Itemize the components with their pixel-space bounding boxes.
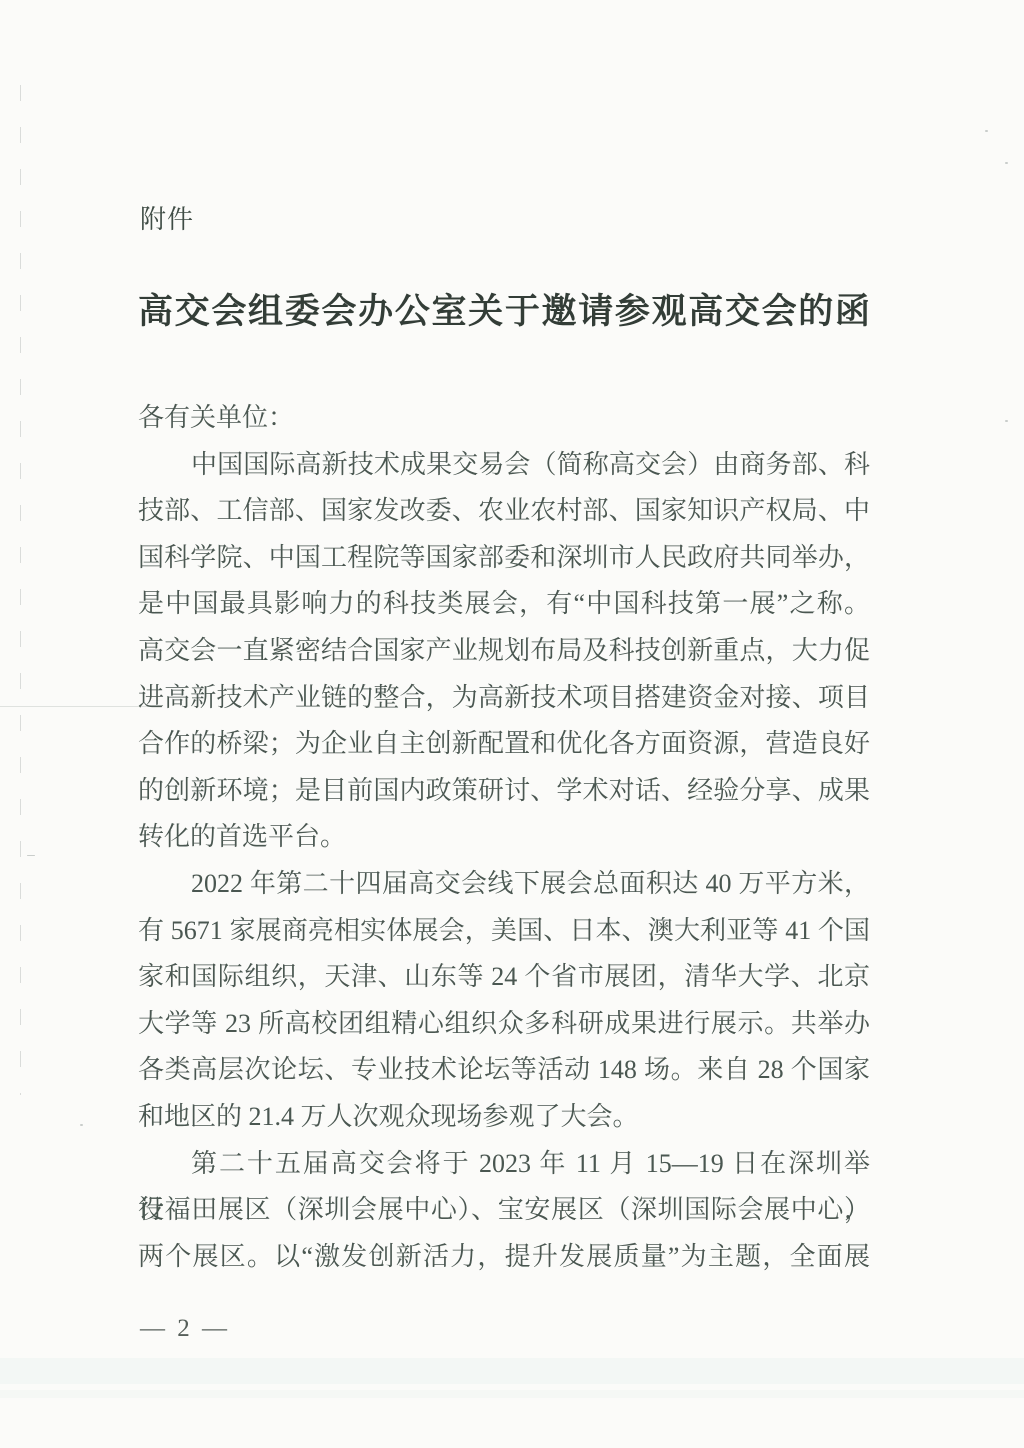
body-line: 有 5671 家展商亮相实体展会，美国、日本、澳大利亚等 41 个国: [138, 908, 870, 955]
document-body: 各有关单位： 中国国际高新技术成果交易会（简称高交会）由商务部、科 技部、工信部…: [138, 395, 870, 1280]
body-line: 和地区的 21.4 万人次观众现场参观了大会。: [138, 1094, 870, 1141]
body-line: 转化的首选平台。: [138, 814, 870, 861]
scan-artifact-speck: [1005, 420, 1008, 422]
scan-artifact-speck: [1005, 162, 1008, 164]
body-line: 第二十五届高交会将于 2023 年 11 月 15—19 日在深圳举行，: [138, 1141, 870, 1188]
body-line: 两个展区。以“激发创新活力，提升发展质量”为主题，全面展: [138, 1234, 870, 1281]
body-line: 家和国际组织，天津、山东等 24 个省市展团，清华大学、北京: [138, 954, 870, 1001]
scan-artifact-speck: [27, 855, 35, 856]
body-line: 技部、工信部、国家发改委、农业农村部、国家知识产权局、中: [138, 488, 870, 535]
body-line: 高交会一直紧密结合国家产业规划布局及科技创新重点，大力促: [138, 628, 870, 675]
scanned-document-page: 附件 高交会组委会办公室关于邀请参观高交会的函 各有关单位： 中国国际高新技术成…: [0, 0, 1024, 1448]
scan-artifact-speck: [985, 130, 988, 132]
body-line: 的创新环境；是目前国内政策研讨、学术对话、经验分享、成果: [138, 768, 870, 815]
body-line: 合作的桥梁；为企业自主创新配置和优化各方面资源，营造良好: [138, 721, 870, 768]
body-line: 是中国最具影响力的科技类展会，有“中国科技第一展”之称。: [138, 581, 870, 628]
body-line: 国科学院、中国工程院等国家部委和深圳市人民政府共同举办，: [138, 535, 870, 582]
scan-artifact-band: [0, 1390, 1024, 1398]
attachment-label: 附件: [140, 202, 194, 236]
scan-artifact-band: [0, 1358, 1024, 1384]
body-line: 进高新技术产业链的整合，为高新技术项目搭建资金对接、项目: [138, 675, 870, 722]
scan-artifact-speck: [80, 1124, 83, 1126]
body-line: 大学等 23 所高校团组精心组织众多科研成果进行展示。共举办: [138, 1001, 870, 1048]
body-line: 设福田展区（深圳会展中心）、宝安展区（深圳国际会展中心）: [138, 1187, 870, 1234]
body-line: 2022 年第二十四届高交会线下展会总面积达 40 万平方米，: [138, 861, 870, 908]
salutation-line: 各有关单位：: [138, 395, 870, 442]
scan-artifact-fold-line-horizontal: [0, 706, 152, 707]
page-number: — 2 —: [140, 1314, 230, 1344]
body-line: 各类高层次论坛、专业技术论坛等活动 148 场。来自 28 个国家: [138, 1047, 870, 1094]
document-title: 高交会组委会办公室关于邀请参观高交会的函: [138, 288, 870, 336]
scan-artifact-fold-line-vertical: [20, 85, 21, 1095]
body-line: 中国国际高新技术成果交易会（简称高交会）由商务部、科: [138, 442, 870, 489]
